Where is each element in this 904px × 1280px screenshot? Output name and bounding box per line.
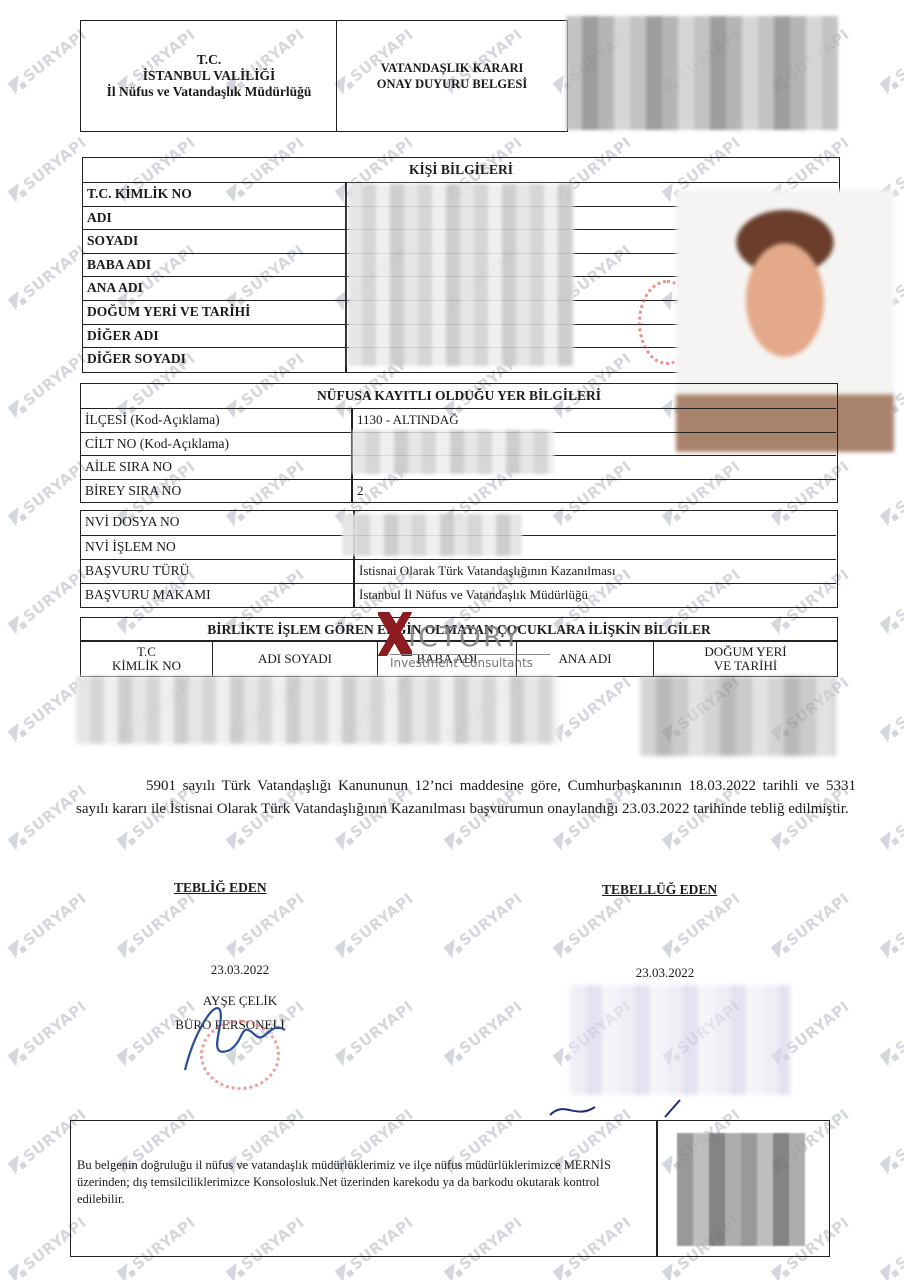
suryapi-watermark: SURYAPI: [551, 673, 634, 744]
row-label: İLÇESİ (Kod-Açıklama): [85, 412, 220, 428]
suryapi-watermark: SURYAPI: [442, 997, 525, 1068]
row-label: DOĞUM YERİ VE TARİHİ: [87, 304, 250, 320]
issuer-line-3: İl Nüfus ve Vatandaşlık Müdürlüğü: [81, 84, 337, 100]
document-title-box: VATANDAŞLIK KARARI ONAY DUYURU BELGESİ: [336, 20, 568, 132]
suryapi-watermark: SURYAPI: [6, 133, 89, 204]
row-label: AİLE SIRA NO: [85, 459, 172, 475]
column-header: T.CKİMLİK NO: [81, 641, 212, 677]
row-label: ANA ADI: [87, 280, 143, 296]
redacted-recipient-info: [570, 985, 790, 1095]
column-header-line: T.C: [81, 645, 212, 659]
notifier-title: TEBLİĞ EDEN: [174, 880, 267, 896]
table-row: İLÇESİ (Kod-Açıklama)1130 - ALTINDAĞ: [81, 408, 836, 432]
row-label: BABA ADI: [87, 257, 151, 273]
row-label: NVİ DOSYA NO: [85, 514, 180, 530]
registry-info-title: NÜFUSA KAYITLI OLDUĞU YER BİLGİLERİ: [81, 388, 837, 404]
column-header: BABA ADI: [377, 641, 516, 677]
statement-text: 5901 sayılı Türk Vatandaşlığı Kanununun …: [76, 778, 856, 817]
suryapi-watermark: SURYAPI: [442, 889, 525, 960]
redacted-file-numbers: [342, 514, 522, 556]
issuer-line-1: T.C.: [81, 52, 337, 68]
column-header: ANA ADI: [516, 641, 653, 677]
suryapi-watermark: SURYAPI: [878, 781, 904, 852]
row-label: NVİ İŞLEM NO: [85, 539, 176, 555]
recipient-date: 23.03.2022: [600, 965, 730, 981]
redacted-registry-values: [352, 430, 554, 474]
suryapi-watermark: SURYAPI: [878, 1105, 904, 1176]
children-info-table: BİRLİKTE İŞLEM GÖREN ERGİN OLMAYAN ÇOCUK…: [80, 617, 838, 677]
column-header-line: BABA ADI: [378, 652, 516, 666]
suryapi-watermark: SURYAPI: [878, 997, 904, 1068]
notifier-signature: [175, 990, 295, 1080]
issuer-line-2: İSTANBUL VALİLİĞİ: [81, 68, 337, 84]
suryapi-watermark: SURYAPI: [769, 889, 852, 960]
suryapi-watermark: SURYAPI: [551, 889, 634, 960]
suryapi-watermark: SURYAPI: [6, 997, 89, 1068]
row-label: DİĞER ADI: [87, 328, 159, 344]
suryapi-watermark: SURYAPI: [333, 889, 416, 960]
row-label: CİLT NO (Kod-Açıklama): [85, 436, 229, 452]
row-label: T.C. KİMLİK NO: [87, 186, 192, 202]
suryapi-watermark: SURYAPI: [6, 889, 89, 960]
redacted-personal-values: [348, 184, 574, 366]
column-header: DOĞUM YERİVE TARİHİ: [653, 641, 837, 677]
redacted-children-birth: [640, 676, 836, 756]
row-label: DİĞER SOYADI: [87, 351, 186, 367]
suryapi-watermark: SURYAPI: [878, 889, 904, 960]
notifier-date: 23.03.2022: [160, 962, 320, 978]
suryapi-watermark: SURYAPI: [115, 889, 198, 960]
suryapi-watermark: SURYAPI: [333, 997, 416, 1068]
qr-code: [677, 1133, 805, 1246]
verification-note: Bu belgenin doğruluğu il nüfus ve vatand…: [77, 1157, 647, 1208]
table-row: BAŞVURU MAKAMIİstanbul İl Nüfus ve Vatan…: [81, 583, 836, 607]
suryapi-watermark: SURYAPI: [6, 349, 89, 420]
suryapi-watermark: SURYAPI: [878, 673, 904, 744]
column-header: ADI SOYADI: [212, 641, 377, 677]
row-label: SOYADI: [87, 233, 138, 249]
title-line-1: VATANDAŞLIK KARARI: [337, 60, 567, 76]
suryapi-watermark: SURYAPI: [878, 457, 904, 528]
column-header-line: ADI SOYADI: [213, 652, 377, 666]
row-label: BİREY SIRA NO: [85, 483, 181, 499]
suryapi-watermark: SURYAPI: [224, 889, 307, 960]
document-title: VATANDAŞLIK KARARI ONAY DUYURU BELGESİ: [337, 60, 567, 92]
column-header-line: ANA ADI: [517, 652, 653, 666]
suryapi-watermark: SURYAPI: [6, 241, 89, 312]
row-value: 1130 - ALTINDAĞ: [357, 412, 459, 428]
suryapi-watermark: SURYAPI: [6, 457, 89, 528]
row-label: BAŞVURU TÜRÜ: [85, 563, 189, 579]
table-row: BİREY SIRA NO2: [81, 479, 836, 503]
children-info-title: BİRLİKTE İŞLEM GÖREN ERGİN OLMAYAN ÇOCUK…: [81, 622, 837, 638]
row-value: İstanbul İl Nüfus ve Vatandaşlık Müdürlü…: [359, 587, 588, 603]
suryapi-watermark: SURYAPI: [878, 25, 904, 96]
row-value: İstisnai Olarak Türk Vatandaşlığının Kaz…: [359, 563, 616, 579]
redacted-children-rows: [76, 676, 558, 744]
issuer-box: T.C. İSTANBUL VALİLİĞİ İl Nüfus ve Vatan…: [80, 20, 337, 132]
column-header-line: KİMLİK NO: [81, 659, 212, 673]
table-row: BAŞVURU TÜRÜİstisnai Olarak Türk Vatanda…: [81, 559, 836, 583]
row-label: ADI: [87, 210, 112, 226]
column-header-line: VE TARİHİ: [654, 659, 837, 673]
suryapi-watermark: SURYAPI: [660, 889, 743, 960]
suryapi-watermark: SURYAPI: [6, 25, 89, 96]
personal-info-title: KİŞİ BİLGİLERİ: [83, 162, 839, 178]
suryapi-watermark: SURYAPI: [6, 565, 89, 636]
issuer-name: T.C. İSTANBUL VALİLİĞİ İl Nüfus ve Vatan…: [81, 52, 337, 100]
row-value: 2: [357, 483, 364, 499]
suryapi-watermark: SURYAPI: [878, 565, 904, 636]
suryapi-watermark: SURYAPI: [878, 1213, 904, 1280]
statement-paragraph: 5901 sayılı Türk Vatandaşlığı Kanununun …: [76, 775, 856, 821]
title-line-2: ONAY DUYURU BELGESİ: [337, 76, 567, 92]
row-label: BAŞVURU MAKAMI: [85, 587, 211, 603]
column-header-line: DOĞUM YERİ: [654, 645, 837, 659]
verification-box: Bu belgenin doğruluğu il nüfus ve vatand…: [70, 1120, 830, 1257]
redacted-barcode: [566, 16, 838, 130]
recipient-title: TEBELLÜĞ EDEN: [602, 882, 717, 898]
